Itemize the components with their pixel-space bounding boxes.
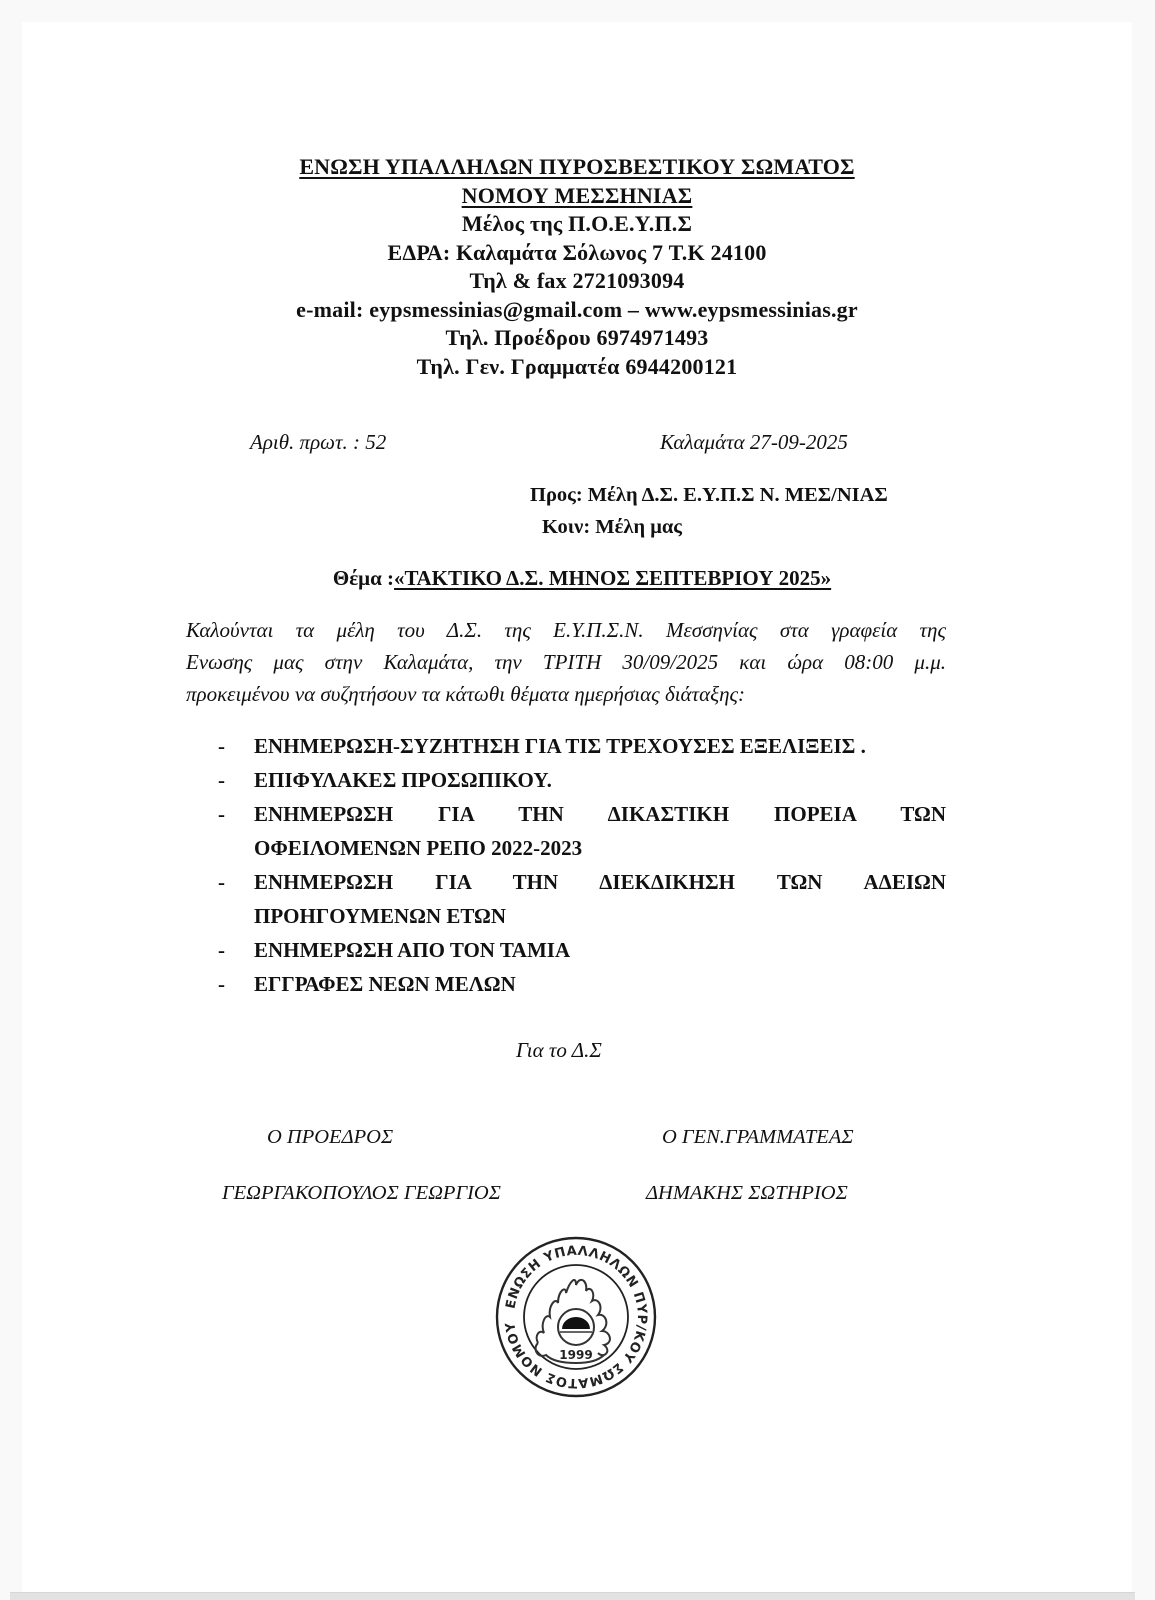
body-line: προκειμένου να συζητήσουν τα κάτωθι θέμα… <box>186 678 946 710</box>
on-behalf-of-board: Για το Δ.Σ <box>516 1038 602 1063</box>
agenda-item-text-continued: ΟΦΕΙΛΟΜΕΝΩΝ ΡΕΠΟ 2022-2023 <box>254 836 582 860</box>
agenda-item-text-continued: ΠΡΟΗΓΟΥΜΕΝΩΝ ΕΤΩΝ <box>254 904 506 928</box>
org-name-line2: ΝΟΜΟΥ ΜΕΣΣΗΝΙΑΣ <box>22 182 1132 211</box>
dash-bullet-icon: - <box>218 933 225 967</box>
agenda-item-text: ΕΝΗΜΕΡΩΣΗ ΑΠΟ ΤΟΝ ΤΑΜΙΑ <box>254 938 570 962</box>
secretary-title: Ο ΓΕΝ.ΓΡΑΜΜΑΤΕΑΣ <box>662 1126 854 1149</box>
agenda-list: -ΕΝΗΜΕΡΩΣΗ-ΣΥΖΗΤΗΣΗ ΓΙΑ ΤΙΣ ΤΡΕΧΟΥΣΕΣ ΕΞ… <box>218 729 946 1001</box>
body-line: Ενωσης μας στην Καλαμάτα, την ΤΡΙΤΗ 30/0… <box>186 646 946 678</box>
dash-bullet-icon: - <box>218 797 225 831</box>
agenda-item: -ΕΝΗΜΕΡΩΣΗ ΓΙΑ ΤΗΝ ΔΙΚΑΣΤΙΚΗ ΠΟΡΕΙΑ ΤΩΝΟ… <box>218 797 946 865</box>
president-name: ΓΕΩΡΓΑΚΟΠΟΥΛΟΣ ΓΕΩΡΓΙΟΣ <box>222 1182 501 1205</box>
subject: Θέμα :«ΤΑΚΤΙΚΟ Δ.Σ. ΜΗΝΟΣ ΣΕΠΤΕΒΡΙΟΥ 202… <box>22 566 1132 591</box>
agenda-item-text: ΕΠΙΦΥΛΑΚΕΣ ΠΡΟΣΩΠΙΚΟΥ. <box>254 768 552 792</box>
recipients-cc: Κοιν: Μέλη μας <box>530 511 888 543</box>
recipients: Προς: Μέλη Δ.Σ. Ε.Υ.Π.Σ Ν. ΜΕΣ/ΝΙΑΣ Κοιν… <box>530 479 888 543</box>
president-phone: Τηλ. Προέδρου 6974971493 <box>22 324 1132 353</box>
agenda-item: -ΕΝΗΜΕΡΩΣΗ ΑΠΟ ΤΟΝ ΤΑΜΙΑ <box>218 933 946 967</box>
address: ΕΔΡΑ: Καλαμάτα Σόλωνος 7 Τ.Κ 24100 <box>22 239 1132 268</box>
body-paragraph: Καλούνται τα μέλη του Δ.Σ. της Ε.Υ.Π.Σ.Ν… <box>186 614 946 710</box>
dash-bullet-icon: - <box>218 729 225 763</box>
subject-label: Θέμα : <box>333 566 394 590</box>
agenda-item: -ΕΓΓΡΑΦΕΣ ΝΕΩΝ ΜΕΛΩΝ <box>218 967 946 1001</box>
union-seal: ΕΝΩΣΗ ΥΠΑΛΛΗΛΩΝ ΠΥΡ/ΚΟΥ ΣΩΜΑΤΟΣ ΝΟΜΟΥ ΜΕ… <box>494 1235 658 1399</box>
secretary-phone: Τηλ. Γεν. Γραμματέα 6944200121 <box>22 353 1132 382</box>
agenda-item: -ΕΝΗΜΕΡΩΣΗ ΓΙΑ ΤΗΝ ΔΙΕΚΔΙΚΗΣΗ ΤΩΝ ΑΔΕΙΩΝ… <box>218 865 946 933</box>
seal-year: 1999 <box>559 1348 592 1362</box>
dash-bullet-icon: - <box>218 865 225 899</box>
agenda-item: -ΕΝΗΜΕΡΩΣΗ-ΣΥΖΗΤΗΣΗ ΓΙΑ ΤΙΣ ΤΡΕΧΟΥΣΕΣ ΕΞ… <box>218 729 946 763</box>
agenda-item: -ΕΠΙΦΥΛΑΚΕΣ ΠΡΟΣΩΠΙΚΟΥ. <box>218 763 946 797</box>
page-bottom-edge <box>10 1592 1135 1600</box>
president-title: Ο ΠΡΟΕΔΡΟΣ <box>267 1126 393 1149</box>
place-date: Καλαμάτα 27-09-2025 <box>660 430 848 455</box>
agenda-item-text: ΕΝΗΜΕΡΩΣΗ ΓΙΑ ΤΗΝ ΔΙΚΑΣΤΙΚΗ ΠΟΡΕΙΑ ΤΩΝ <box>254 797 946 831</box>
document-page: ΕΝΩΣΗ ΥΠΑΛΛΗΛΩΝ ΠΥΡΟΣΒΕΣΤΙΚΟΥ ΣΩΜΑΤΟΣ ΝΟ… <box>22 22 1132 1592</box>
org-name-line1: ΕΝΩΣΗ ΥΠΑΛΛΗΛΩΝ ΠΥΡΟΣΒΕΣΤΙΚΟΥ ΣΩΜΑΤΟΣ <box>22 153 1132 182</box>
secretary-name: ΔΗΜΑΚΗΣ ΣΩΤΗΡΙΟΣ <box>646 1182 848 1205</box>
subject-title: «ΤΑΚΤΙΚΟ Δ.Σ. ΜΗΝΟΣ ΣΕΠΤΕΒΡΙΟΥ 2025» <box>394 566 831 590</box>
agenda-item-text: ΕΝΗΜΕΡΩΣΗ ΓΙΑ ΤΗΝ ΔΙΕΚΔΙΚΗΣΗ ΤΩΝ ΑΔΕΙΩΝ <box>254 865 946 899</box>
letterhead: ΕΝΩΣΗ ΥΠΑΛΛΗΛΩΝ ΠΥΡΟΣΒΕΣΤΙΚΟΥ ΣΩΜΑΤΟΣ ΝΟ… <box>22 153 1132 381</box>
dash-bullet-icon: - <box>218 763 225 797</box>
member-of: Μέλος της Π.Ο.Ε.Υ.Π.Σ <box>22 210 1132 239</box>
fire-service-emblem-icon: ΕΝΩΣΗ ΥΠΑΛΛΗΛΩΝ ΠΥΡ/ΚΟΥ ΣΩΜΑΤΟΣ ΝΟΜΟΥ ΜΕ… <box>494 1235 658 1399</box>
email-web: e-mail: eypsmessinias@gmail.com – www.ey… <box>22 296 1132 325</box>
recipients-to: Προς: Μέλη Δ.Σ. Ε.Υ.Π.Σ Ν. ΜΕΣ/ΝΙΑΣ <box>530 479 888 511</box>
dash-bullet-icon: - <box>218 967 225 1001</box>
body-line: Καλούνται τα μέλη του Δ.Σ. της Ε.Υ.Π.Σ.Ν… <box>186 614 946 646</box>
agenda-item-text: ΕΓΓΡΑΦΕΣ ΝΕΩΝ ΜΕΛΩΝ <box>254 972 516 996</box>
agenda-item-text: ΕΝΗΜΕΡΩΣΗ-ΣΥΖΗΤΗΣΗ ΓΙΑ ΤΙΣ ΤΡΕΧΟΥΣΕΣ ΕΞΕ… <box>254 734 866 758</box>
protocol-number: Αριθ. πρωτ. : 52 <box>250 430 386 455</box>
phone-fax: Τηλ & fax 2721093094 <box>22 267 1132 296</box>
